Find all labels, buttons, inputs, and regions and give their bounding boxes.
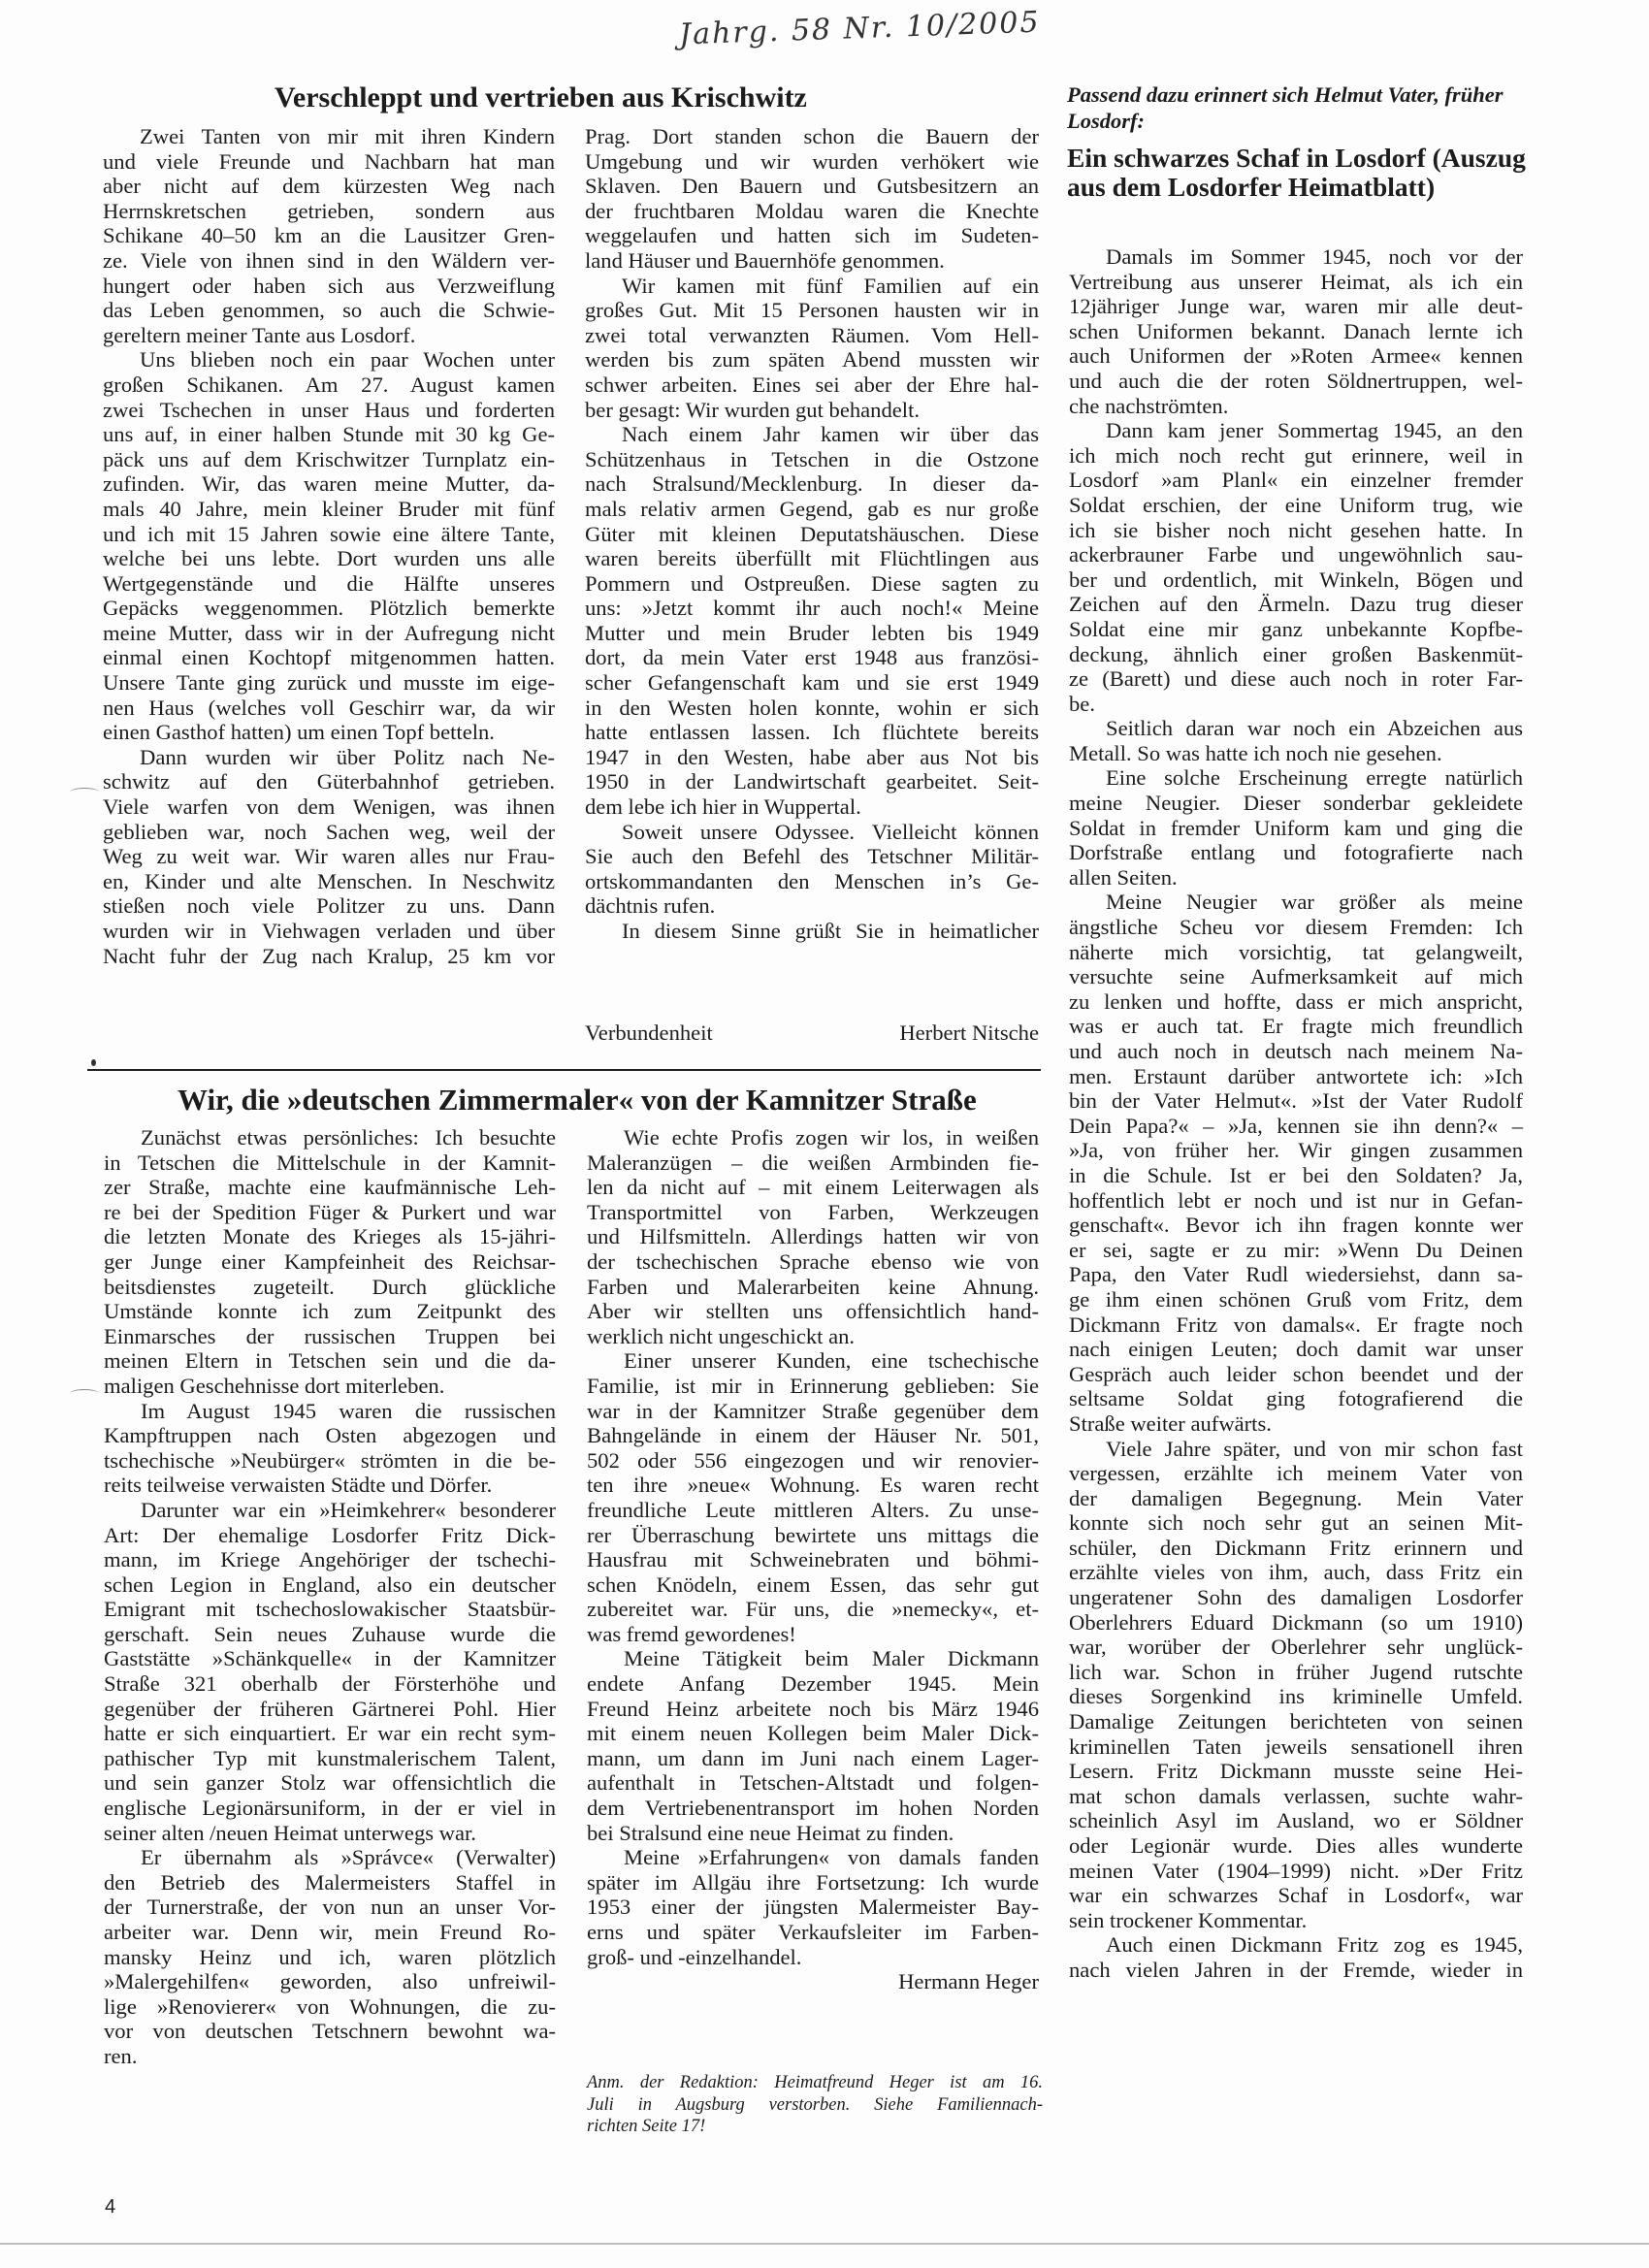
text-line: schen Uniformen bekannt. Danach lernte i… [1069,319,1523,344]
text-line: Maleranzügen – die weißen Armbinden fie- [587,1150,1039,1176]
text-line: Sie auch den Befehl des Tetschner Militä… [585,844,1039,869]
text-line: hatte er sich einquartiert. Er war ein r… [104,1721,556,1746]
text-line: und auch die der roten Söldnertruppen, w… [1069,369,1523,394]
text-line: meinen Vater (1904–1999) nicht. »Der Fri… [1069,1859,1523,1884]
text-line: Mutter und mein Bruder lebten bis 1949 [585,621,1039,646]
text-line: Gepäcks weggenommen. Plötzlich bemerkte [103,596,555,621]
text-line: Damalige Zeitungen berichteten von seine… [1069,1709,1523,1734]
text-line: Einmarsches der russischen Truppen bei [104,1324,556,1349]
text-line: aufenthalt in Tetschen-Altstadt und folg… [587,1770,1039,1796]
text-line: mals relativ armen Gegend, gab es nur gr… [585,497,1039,522]
text-line: ängstliche Scheu vor diesem Fremden: Ich [1069,915,1523,940]
text-line: Dorfstraße entlang und fotografierte nac… [1069,840,1523,865]
text-line: nach Stralsund/Mecklenburg. In dieser da… [585,471,1039,497]
text-line: Wie echte Profis zogen wir los, in weiße… [587,1125,1039,1150]
text-line: welche bei uns lebte. Dort wurden uns al… [103,546,555,571]
text-line: rer Überraschung bewirtete uns mittags d… [587,1523,1039,1548]
text-line: Umgebung und wir wurden verhökert wie [585,149,1039,175]
text-line: len da nicht auf – mit einem Leiterwagen… [587,1175,1039,1200]
text-line: tschechische »Neubürger« strömten in die… [104,1448,556,1474]
text-line: mals 40 Jahre, mein kleiner Bruder mit f… [103,497,555,522]
article1-column-2: Prag. Dort standen schon die Bauern derU… [585,124,1039,944]
text-line: konnte sich noch sehr gut an seinen Mit- [1069,1510,1523,1536]
text-line: vergessen, erzählte ich meinem Vater von [1069,1461,1523,1486]
text-line: Juli in Augsburg verstorben. Siehe Famil… [587,2094,1043,2117]
text-line: zwei Tschechen in unser Haus und fordert… [103,398,555,423]
text-line: ortskommandanten den Menschen in’s Ge- [585,869,1039,894]
text-line: war in der Kamnitzer Straße gegenüber de… [587,1399,1039,1424]
text-line: der Turnerstraße, der von nun an unser V… [104,1895,556,1920]
text-line: gerschaft. Sein neues Zuhause wurde die [104,1622,556,1647]
article3-headline: Ein schwarzes Schaf in Losdorf (Auszug a… [1067,144,1540,202]
text-line: war ein schwarzes Schaf in Losdorf«, war [1069,1883,1523,1908]
text-line: Pommern und Ostpreußen. Diese sagten zu [585,571,1039,597]
text-line: zer Straße, machte eine kaufmännische Le… [104,1175,556,1200]
text-line: ger Junge einer Kampfeinheit des Reichsa… [104,1249,556,1275]
text-line: einmal einen Kochtopf mitgenommen hatten… [103,645,555,670]
text-line: allen Seiten. [1069,865,1523,891]
text-line: arbeiter war. Denn wir, mein Freund Ro- [104,1920,556,1945]
text-line: reits teilweise verwaisten Städte und Dö… [104,1473,556,1498]
text-line: groß- und -einzelhandel. [587,1945,1039,1970]
text-line: zu lenken und hoffte, dass er mich anspr… [1069,989,1523,1015]
text-line: men. Erstaunt darüber antwortete ich: »I… [1069,1064,1523,1089]
text-line: Gaststätte »Schänkquelle« in der Kamnitz… [104,1646,556,1671]
article2-column-2: Wie echte Profis zogen wir los, in weiße… [587,1125,1039,1994]
text-line: endete Anfang Dezember 1945. Mein [587,1671,1039,1697]
text-line: Er übernahm als »Správce« (Verwalter) [104,1845,556,1870]
text-line: erns und später Verkaufsleiter im Farben… [587,1920,1039,1945]
text-line: Im August 1945 waren die russischen [104,1399,556,1424]
text-line: großes Gut. Mit 15 Personen hausten wir … [585,298,1039,323]
text-line: lich war. Schon in früher Jugend rutscht… [1069,1660,1523,1685]
text-line: vor von deutschen Tetschnern bewohnt wa- [104,2019,556,2044]
text-line: Soldat eine mir ganz unbekannte Kopfbe- [1069,617,1523,642]
text-line: che nachströmten. [1069,394,1523,419]
text-line: versuchte seine Aufmerksamkeit auf mich [1069,964,1523,989]
text-line: ren. [104,2044,556,2069]
text-line: stießen noch viele Politzer zu uns. Dann [103,893,555,919]
text-line: Art: Der ehemalige Losdorfer Fritz Dick- [104,1523,556,1548]
text-line: Seitlich daran war noch ein Abzeichen au… [1069,716,1523,741]
article1-signature-line: Verbundenheit Herbert Nitsche [585,1021,1039,1046]
text-line: großen Schikanen. Am 27. August kamen [103,373,555,398]
text-line: Auch einen Dickmann Fritz zog es 1945, [1069,1932,1523,1958]
handwritten-issue-note: Jahrg. 58 Nr. 10/2005 [679,6,1042,52]
text-line: freundliche Leute mittleren Alters. Zu u… [587,1498,1039,1523]
text-line: Gespräch auch leider schon beendet und d… [1069,1362,1523,1387]
article1-signature: Verbundenheit Herbert Nitsche [585,1021,1039,1046]
text-line: päck uns auf dem Krischwitzer Turnplatz … [103,447,555,472]
text-line: Einer unserer Kunden, eine tschechische [587,1348,1039,1374]
text-line: Lesern. Fritz Dickmann musste seine Hei- [1069,1759,1523,1784]
article2-headline: Wir, die »deutschen Zimmermaler« von der… [178,1083,977,1118]
text-line: geblieben war, noch Sachen weg, weil der [103,820,555,845]
closing-phrase: Verbundenheit [585,1021,713,1046]
text-line: mat schon damals verlassen, suchte wahr- [1069,1784,1523,1809]
text-line: aber nicht auf dem kürzesten Weg nach [103,174,555,199]
text-line: englische Legionärsuniform, in der er vi… [104,1796,556,1821]
text-line: und Hilfsmitteln. Allerdings hatten wir … [587,1224,1039,1249]
scan-bottom-edge [0,2243,1649,2245]
text-line: uns auf, in einer halben Stunde mit 30 k… [103,422,555,447]
text-line: näherte mich vorsichtig, tat gelangweilt… [1069,940,1523,965]
text-line: uns: »Jetzt kommt ihr auch noch!« Meine [585,596,1039,621]
text-line: nach vielen Jahren in der Fremde, wieder… [1069,1958,1523,1983]
text-line: Viele warfen von dem Wenigen, was ihnen [103,794,555,820]
text-line: Zeichen auf den Ärmeln. Dazu trug dieser [1069,592,1523,617]
text-line: nen Haus (welches voll Geschirr war, da … [103,696,555,721]
text-line: hungert oder haben sich aus Verzweiflung [103,274,555,299]
text-line: wurden wir in Viehwagen verladen und übe… [103,919,555,944]
text-line: weggelaufen und hatten sich im Sudeten- [585,223,1039,248]
text-line: scher Gefangenschaft kam und sie erst 19… [585,670,1039,696]
text-line: Schützenhaus in Tetschen in die Ostzone [585,447,1039,472]
paper-curl-mark [70,788,99,796]
text-line: 1950 in der Landwirtschaft gearbeitet. S… [585,769,1039,794]
text-line: einen Gasthof hatten) um einen Topf bett… [103,720,555,745]
text-line: ten ihre »neue« Wohnung. Es waren recht [587,1473,1039,1498]
text-line: Freund Heinz arbeitete noch bis März 194… [587,1697,1039,1722]
newspaper-page: Jahrg. 58 Nr. 10/2005 Verschleppt und ve… [0,0,1649,2268]
text-line: Meine Neugier war größer als meine [1069,890,1523,915]
text-line: Wir kamen mit fünf Familien auf ein [585,274,1039,299]
text-line: in die Schule. Ist er bei den Soldaten? … [1069,1163,1523,1188]
text-line: Eine solche Erscheinung erregte natürlic… [1069,765,1523,791]
text-line: und auch noch in deutsch nach meinem Na- [1069,1039,1523,1064]
text-line: schwer arbeiten. Eines sei aber der Ehre… [585,373,1039,398]
text-line: be. [1069,692,1523,717]
text-line: mann, um dann im Juni nach einem Lager- [587,1746,1039,1771]
text-line: in Tetschen die Mittelschule in der Kamn… [104,1150,556,1176]
text-line: meinen Eltern in Tetschen sein und die d… [104,1348,556,1374]
text-line: 1947 in den Westen, habe aber aus Not bi… [585,745,1039,770]
text-line: das Leben genommen, so auch die Schwie- [103,298,555,323]
article1-headline: Verschleppt und vertrieben aus Krischwit… [275,81,807,114]
text-line: auch Uniformen der »Roten Armee« kennen [1069,343,1523,369]
text-line: Dann kam jener Sommertag 1945, an den [1069,418,1523,443]
text-line: dieses Sorgenkind ins kriminelle Umfeld. [1069,1684,1523,1709]
text-line: Uns blieben noch ein paar Wochen unter [103,347,555,373]
text-line: erzählte vieles von ihm, auch, dass Frit… [1069,1560,1523,1585]
text-line: Dein Papa?« – »Ja, kennen sie ihn denn?«… [1069,1114,1523,1139]
text-line: Damals im Sommer 1945, noch vor der [1069,244,1523,270]
text-line: Zunächst etwas persönliches: Ich besucht… [104,1125,556,1150]
text-line: ze (Barett) und diese auch noch in roter… [1069,666,1523,692]
text-line: Dann wurden wir über Politz nach Ne- [103,745,555,770]
text-line: Straße 321 oberhalb der Försterhöhe und [104,1671,556,1697]
text-line: seltsame Soldat ging fotografierend die [1069,1386,1523,1411]
text-line: Wertgegenstände und die Hälfte unseres [103,571,555,597]
text-line: ber und ordentlich, mit Winkeln, Bögen u… [1069,567,1523,593]
text-line: Farben und Malerarbeiten keine Ahnung. [587,1275,1039,1300]
text-line: gegenüber der früheren Gärtnerei Pohl. H… [104,1697,556,1722]
article1-author: Herbert Nitsche [899,1021,1039,1046]
article3-column: Damals im Sommer 1945, noch vor derVertr… [1069,244,1523,1983]
text-line: »Malergehilfen« geworden, also unfreiwil… [104,1969,556,1994]
text-line: in den Westen holen konnte, wohin er sic… [585,696,1039,721]
text-line: Soldat erschien, der eine Uniform trug, … [1069,493,1523,518]
text-line: der tschechischen Sprache ebenso wie von [587,1249,1039,1275]
text-line: ungeratener Sohn des damaligen Losdorfer [1069,1585,1523,1610]
text-line: schen Knödeln, einem Essen, das sehr gut [587,1572,1039,1598]
text-line: seiner alten /neuen Heimat unterwegs war… [104,1821,556,1846]
text-line: Oberlehrers Eduard Dickmann (so um 1910) [1069,1610,1523,1636]
text-line: 1953 einer der jüngsten Malermeister Bay… [587,1895,1039,1920]
text-line: Weg zu weit war. Wir waren alles nur Fra… [103,844,555,869]
text-line: später im Allgäu ihre Fortsetzung: Ich w… [587,1870,1039,1895]
text-line: war, worüber der Oberlehrer sehr unglück… [1069,1635,1523,1660]
text-line: Kampftruppen nach Osten abgezogen und [104,1423,556,1448]
text-line: Anm. der Redaktion: Heimatfreund Heger i… [587,2072,1043,2094]
text-line: scheinlich Asyl im Ausland, wo er Söldne… [1069,1808,1523,1833]
text-line: Meine Tätigkeit beim Maler Dickmann [587,1646,1039,1671]
text-line: Hausfrau mit Schweinebraten und böhmi- [587,1547,1039,1572]
text-line: Soldat in fremder Uniform kam und ging d… [1069,816,1523,841]
text-line: richten Seite 17! [587,2116,1043,2138]
text-line: dem Vertriebenentransport im hohen Norde… [587,1796,1039,1821]
article2-column-1: Zunächst etwas persönliches: Ich besucht… [104,1125,556,2069]
text-line: dort, da mein Vater erst 1948 aus franzö… [585,645,1039,670]
section-divider [87,1069,1041,1071]
text-line: dächtnis rufen. [585,893,1039,919]
text-line: land Häuser und Bauernhöfe genommen. [585,248,1039,274]
text-line: en, Kinder und alte Menschen. In Neschwi… [103,869,555,894]
text-line: Schikane 40–50 km an die Lausitzer Gren- [103,223,555,248]
text-line: »Ja, von früher her. Wir gingen zusammen [1069,1138,1523,1163]
text-line: 12jähriger Junge war, waren mir alle deu… [1069,294,1523,319]
text-line: In diesem Sinne grüßt Sie in heimatliche… [585,919,1039,944]
text-line: meine Neugier. Dieser sonderbar gekleide… [1069,791,1523,816]
text-line: was fremd gewordenes! [587,1622,1039,1647]
paper-curl-mark [70,1389,99,1398]
text-line: Zwei Tanten von mir mit ihren Kindern [103,124,555,149]
text-line: Hermann Heger [587,1969,1039,1994]
text-line: ich mich noch recht gut erinnere, weil i… [1069,443,1523,469]
text-line: nach einigen Leuten; doch damit war unse… [1069,1337,1523,1362]
text-line: Aber wir stellten uns offensichtlich han… [587,1299,1039,1324]
scan-mark [91,1059,96,1066]
text-line: kriminellen Taten jeweils sensationell i… [1069,1734,1523,1760]
text-line: Straße weiter aufwärts. [1069,1411,1523,1437]
text-line: ackerbrauner Farbe und ungewöhnlich sau- [1069,542,1523,567]
text-line: zwei total verwanzten Räumen. Vom Hell- [585,323,1039,348]
text-line: Familie, ist mir in Erinnerung geblieben… [587,1374,1039,1399]
text-line: zufinden. Wir, das waren meine Mutter, d… [103,471,555,497]
text-line: und sein ganzer Stolz war offensichtlich… [104,1770,556,1796]
text-line: der damaligen Begegnung. Mein Vater [1069,1486,1523,1511]
text-line: Viele Jahre später, und von mir schon fa… [1069,1437,1523,1462]
text-line: gereltern meiner Tante aus Losdorf. [103,323,555,348]
text-line: deckung, ähnlich einer großen Baskenmüt- [1069,642,1523,667]
text-line: was er auch tat. Er fragte mich freundli… [1069,1014,1523,1039]
text-line: der fruchtbaren Moldau waren die Knechte [585,199,1039,224]
text-line: ze. Viele von ihnen sind in den Wäldern … [103,248,555,274]
text-line: bin der Vater Helmut«. »Ist der Vater Ru… [1069,1088,1523,1114]
text-line: Darunter war ein »Heimkehrer« besonderer [104,1498,556,1523]
text-line: beitsdienstes zugeteilt. Durch glücklich… [104,1275,556,1300]
text-line: mann, im Kriege Angehöriger der tschechi… [104,1547,556,1572]
text-line: Metall. So was hatte ich noch nie gesehe… [1069,741,1523,766]
text-line: Emigrant mit tschechoslowakischer Staats… [104,1597,556,1622]
text-line: oder Legionär wurde. Dies alles wunderte [1069,1833,1523,1859]
text-line: Losdorf »am Planl« ein einzelner fremder [1069,468,1523,493]
text-line: mit einem neuen Kollegen beim Maler Dick… [587,1721,1039,1746]
text-line: genschaft«. Bevor ich ihn fragen konnte … [1069,1213,1523,1238]
text-line: waren bereits überfüllt mit Flüchtlingen… [585,546,1039,571]
text-line: Unsere Tante ging zurück und musste im e… [103,670,555,696]
text-line: ge ihm einen schönen Gruß vom Fritz, dem [1069,1287,1523,1312]
text-line: Bahngelände in einem der Häuser Nr. 501, [587,1423,1039,1448]
text-line: lige »Renovierer« von Wohnungen, die zu- [104,1994,556,2020]
page-number: 4 [105,2196,115,2219]
text-line: mansky Heinz und ich, waren plötzlich [104,1945,556,1970]
text-line: und ich mit 15 Jahren sowie eine ältere … [103,522,555,547]
text-line: meine Mutter, dass wir in der Aufregung … [103,621,555,646]
text-line: re bei der Spedition Füger & Purkert und… [104,1200,556,1225]
text-line: sein trockener Kommentar. [1069,1908,1523,1933]
text-line: hoffentlich lebt er noch und ist nur in … [1069,1188,1523,1214]
editor-note: Anm. der Redaktion: Heimatfreund Heger i… [587,2072,1043,2138]
text-line: maligen Geschehnisse dort miterleben. [104,1374,556,1399]
text-line: pathischer Typ mit kunstmalerischem Tale… [104,1746,556,1771]
text-line: werden bis zum späten Abend mussten wir [585,347,1039,373]
text-line: Nach einem Jahr kamen wir über das [585,422,1039,447]
text-line: Vertreibung aus unserer Heimat, als ich … [1069,270,1523,295]
text-line: Meine »Erfahrungen« von damals fanden [587,1845,1039,1870]
text-line: Umstände konnte ich zum Zeitpunkt des [104,1299,556,1324]
text-line: Nacht fuhr der Zug nach Kralup, 25 km vo… [103,944,555,969]
article3-intro: Passend dazu erinnert sich Helmut Vater,… [1067,81,1540,134]
text-line: den Betrieb des Malermeisters Staffel in [104,1870,556,1895]
text-line: schüler, den Dickmann Fritz erinnern und [1069,1536,1523,1561]
text-line: werklich nicht ungeschickt an. [587,1324,1039,1349]
text-line: dem lebe ich hier in Wuppertal. [585,794,1039,820]
text-line: hatte entlassen lassen. Ich flüchtete be… [585,720,1039,745]
text-line: ber gesagt: Wir wurden gut behandelt. [585,398,1039,423]
text-line: die letzten Monate des Krieges als 15-jä… [104,1224,556,1249]
text-line: Transportmittel von Farben, Werkzeugen [587,1200,1039,1225]
text-line: Dickmann Fritz von damals«. Er fragte no… [1069,1312,1523,1338]
text-line: 502 oder 556 eingezogen und wir renovier… [587,1448,1039,1474]
text-line: Soweit unsere Odyssee. Vielleicht können [585,820,1039,845]
text-line: und viele Freunde und Nachbarn hat man [103,149,555,175]
text-line: ich sie bisher noch nicht gesehen hatte.… [1069,518,1523,543]
text-line: schen Legion in England, also ein deutsc… [104,1572,556,1598]
text-line: Prag. Dort standen schon die Bauern der [585,124,1039,149]
article1-column-1: Zwei Tanten von mir mit ihren Kindernund… [103,124,555,968]
text-line: Herrnskretschen getrieben, sondern aus [103,199,555,224]
text-line: Papa, den Vater Rudl wiedersiehst, dann … [1069,1262,1523,1287]
text-line: schwitz auf den Güterbahnhof getrieben. [103,769,555,794]
text-line: Güter mit kleinen Deputatshäuschen. Dies… [585,522,1039,547]
text-line: Sklaven. Den Bauern und Gutsbesitzern an [585,174,1039,199]
text-line: bei Stralsund eine neue Heimat zu finden… [587,1821,1039,1846]
text-line: zubereitet war. Für uns, die »nemecky«, … [587,1597,1039,1622]
text-line: er sei, sagte er zu mir: »Wenn Du Deinen [1069,1238,1523,1263]
